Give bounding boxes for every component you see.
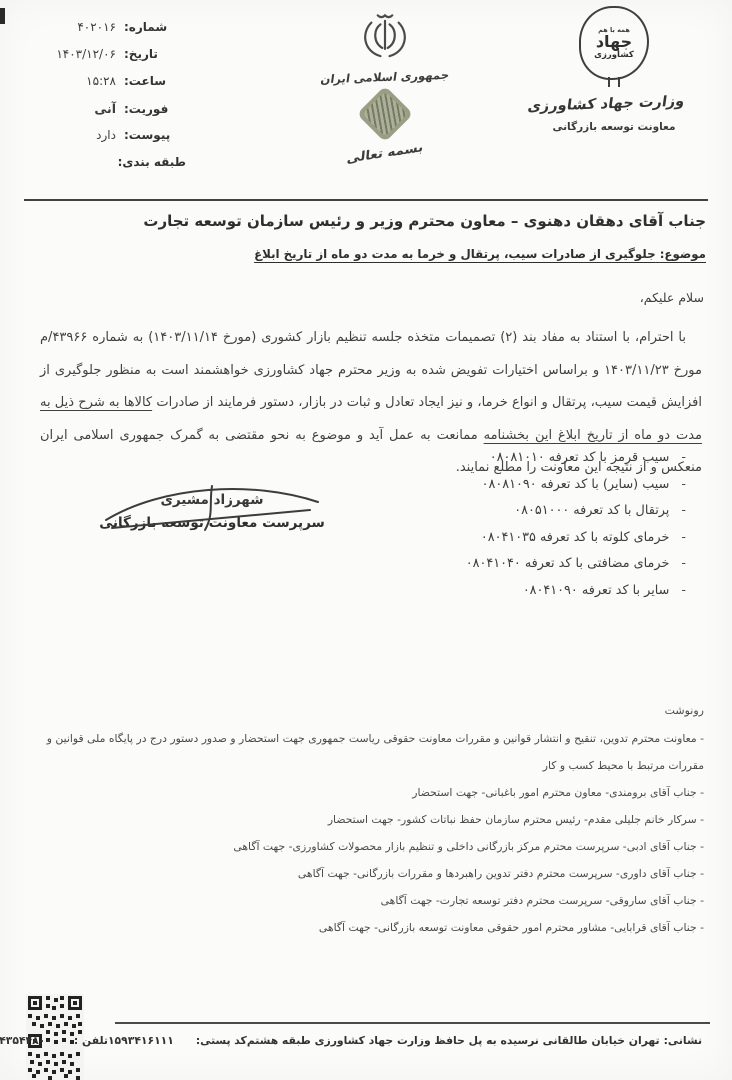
meta-row-number: شماره: ۴۰۲۰۱۶ (34, 20, 186, 47)
phone-label: تلفن : (74, 1034, 108, 1047)
tariff-red-apple: سیب قرمز با کد تعرفه ۰۸۰۸۱۰۱۰ (490, 450, 670, 465)
list-item: - خرمای مضافتی با کد تعرفه ۰۸۰۴۱۰۴۰ (466, 556, 686, 583)
footer-address-line: نشانی: تهران خیابان طالقانی نرسیده به پل… (100, 1034, 702, 1047)
salutation: سلام علیکم، (640, 290, 704, 305)
urgency-label: فوریت: (124, 102, 186, 116)
address-label: نشانی: (664, 1034, 702, 1047)
cc-item-sarughi: - جناب آقای ساروقی- سرپرست محترم دفتر تو… (28, 887, 704, 914)
meta-row-urgency: فوریت: آنی (34, 101, 186, 128)
dash-bullet: - (681, 556, 686, 571)
cc-heading: رونوشت (28, 704, 704, 717)
besmellah-calligraphy: بسمه تعالی (318, 136, 453, 171)
time-value: ۱۵:۲۸ (86, 74, 116, 88)
list-item: - سیب قرمز با کد تعرفه ۰۸۰۸۱۰۱۰ (466, 450, 686, 477)
footer-divider-line (115, 1022, 710, 1024)
tariff-code-list: - سیب قرمز با کد تعرفه ۰۸۰۸۱۰۱۰ - سیب (س… (466, 450, 686, 609)
meta-row-attachment: پیوست: دارد (34, 128, 186, 155)
cc-item-gharabaei: - جناب آقای قرابایی- مشاور محترم امور حق… (28, 914, 704, 941)
list-item: - خرمای کلوته با کد تعرفه ۰۸۰۴۱۰۳۵ (466, 530, 686, 557)
ministry-name-calligraphy: وزارت جهاد کشاورزی (542, 94, 685, 115)
subject-line: موضوع: جلوگیری از صادرات سیب، پرتقال و خ… (30, 247, 706, 261)
seal-word-keshavarzi: کشاورزی (594, 50, 634, 60)
urgency-value: آنی (94, 101, 116, 116)
classification-label: طبقه بندی: (118, 155, 186, 169)
postal-code-label: کد پستی: (196, 1034, 247, 1047)
letter-metadata: شماره: ۴۰۲۰۱۶ تاریخ: ۱۴۰۳/۱۲/۰۶ ساعت: ۱۵… (34, 20, 186, 182)
dash-bullet: - (681, 450, 686, 465)
number-label: شماره: (124, 20, 186, 34)
jahad-keshavarzi-seal-icon: همه با هم جهاد کشاورزی (579, 6, 649, 80)
signature-block: شهرزاد مشیری سرپرست معاونت توسعه بازرگان… (92, 492, 332, 531)
header-divider-line (24, 199, 708, 201)
dash-bullet: - (681, 503, 686, 518)
header-right: همه با هم جهاد کشاورزی وزارت جهاد کشاورز… (544, 6, 684, 133)
time-label: ساعت: (124, 74, 186, 88)
tariff-kalute-date: خرمای کلوته با کد تعرفه ۰۸۰۴۱۰۳۵ (481, 530, 670, 545)
meta-row-date: تاریخ: ۱۴۰۳/۱۲/۰۶ (34, 47, 186, 74)
scanned-letter-page: شماره: ۴۰۲۰۱۶ تاریخ: ۱۴۰۳/۱۲/۰۶ ساعت: ۱۵… (0, 0, 732, 1080)
cc-item-legal-codification: - معاونت محترم تدوین، تنقیح و انتشار قوا… (28, 725, 704, 779)
cc-section: رونوشت - معاونت محترم تدوین، تنقیح و انت… (28, 704, 704, 941)
tariff-other-date: سایر با کد تعرفه ۰۸۰۴۱۰۹۰ (523, 583, 670, 598)
postal-code-value: ۱۵۹۳۴۱۶۱۱۱ (108, 1034, 174, 1047)
tariff-orange: پرتقال با کد تعرفه ۰۸۰۵۱۰۰۰ (514, 503, 669, 518)
phone-value: ۴۳۵۴۴۸۰۰ (0, 1034, 52, 1047)
seal-word-jahad: جهاد (596, 34, 632, 51)
department-name: معاونت توسعه بازرگانی (544, 121, 684, 133)
address-text: تهران خیابان طالقانی نرسیده به پل حافظ و… (247, 1034, 660, 1047)
country-name-calligraphy: جمهوری اسلامی ایران (319, 68, 452, 87)
dash-bullet: - (681, 530, 686, 545)
date-label: تاریخ: (124, 47, 186, 61)
iran-emblem-icon (356, 8, 414, 68)
cc-item-boroumandi: - جناب آقای برومندی- معاون محترم امور با… (28, 779, 704, 806)
recipient-line: جناب آقای دهقان دهنوی – معاون محترم وزیر… (30, 212, 706, 230)
attachment-label: پیوست: (124, 128, 186, 142)
dash-bullet: - (681, 583, 686, 598)
meta-row-classification: طبقه بندی: (34, 155, 186, 182)
header-center: جمهوری اسلامی ایران بسمه تعالی (320, 8, 450, 161)
date-value: ۱۴۰۳/۱۲/۰۶ (56, 47, 116, 61)
dash-bullet: - (681, 477, 686, 492)
tariff-mazafati-date: خرمای مضافتی با کد تعرفه ۰۸۰۴۱۰۴۰ (466, 556, 670, 571)
cc-item-davari: - جناب آقای داوری- سرپرست محترم دفتر تدو… (28, 860, 704, 887)
subject-label: موضوع: (660, 247, 706, 261)
list-item: - سیب (سایر) با کد تعرفه ۰۸۰۸۱۰۹۰ (466, 477, 686, 504)
number-value: ۴۰۲۰۱۶ (77, 20, 116, 34)
green-year-stamp (357, 86, 414, 143)
cc-item-jalili-moghaddam: - سرکار خانم جلیلی مقدم- رئیس محترم سازم… (28, 806, 704, 833)
cc-item-adabi: - جناب آقای ادبی- سرپرست محترم مرکز بازر… (28, 833, 704, 860)
tariff-other-apple: سیب (سایر) با کد تعرفه ۰۸۰۸۱۰۹۰ (482, 477, 670, 492)
signer-name: شهرزاد مشیری (92, 492, 332, 508)
subject-text: جلوگیری از صادرات سیب، پرتقال و خرما به … (254, 247, 656, 261)
list-item: - سایر با کد تعرفه ۰۸۰۴۱۰۹۰ (466, 583, 686, 610)
attachment-value: دارد (96, 128, 116, 142)
meta-row-time: ساعت: ۱۵:۲۸ (34, 74, 186, 101)
list-item: - پرتقال با کد تعرفه ۰۸۰۵۱۰۰۰ (466, 503, 686, 530)
scan-artifact (0, 8, 5, 24)
signer-title: سرپرست معاونت توسعه بازرگانی (92, 515, 332, 531)
